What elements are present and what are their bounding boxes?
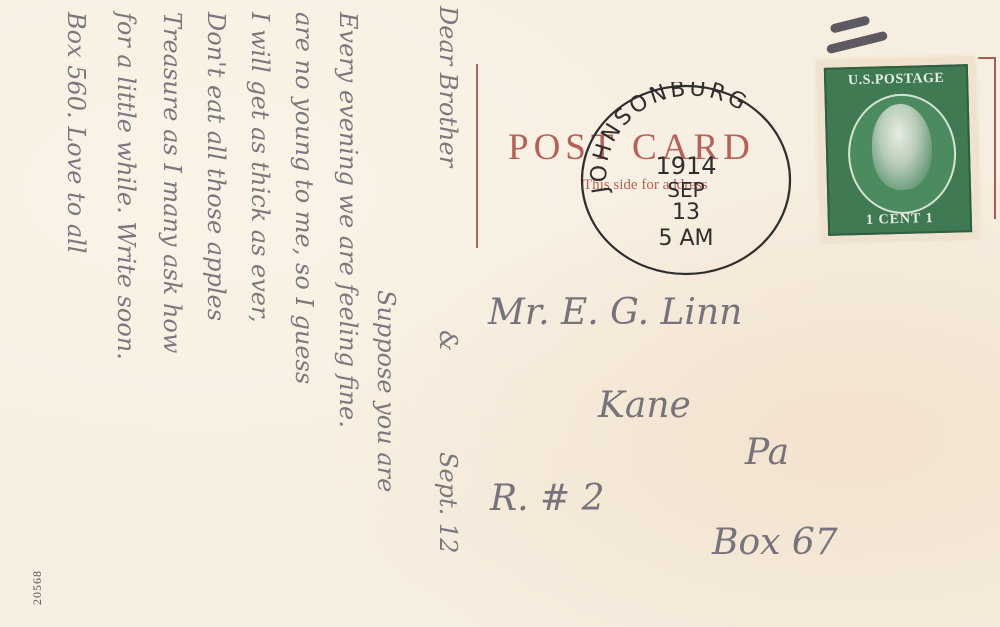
message-line: for a little while. Write soon. — [112, 12, 140, 360]
postmark-day: 13 — [578, 200, 794, 225]
postmark-year: 1914 — [578, 152, 794, 180]
stamp-top-text: U.S.POSTAGE — [826, 70, 966, 90]
address-box: Box 67 — [712, 522, 838, 563]
center-divider — [476, 64, 478, 248]
message-line: Box 560. Love to all — [62, 12, 90, 253]
message-line: Suppose you are — [372, 290, 400, 492]
message-line: Every evening we are feeling fine. — [334, 12, 362, 428]
postmark-time: 5 AM — [578, 226, 794, 251]
address-route: R. # 2 — [490, 478, 605, 519]
message-line: Don't eat all those apples — [202, 12, 230, 321]
message-line: Treasure as I many ask how — [158, 12, 186, 353]
postcard-back: POST CARD This side for address ge e d U… — [0, 0, 1000, 627]
postmark: JOHNSONBURG 1914 SEP 13 5 AM — [578, 82, 794, 278]
message-greeting: Dear Brother — [434, 6, 462, 167]
cancel-bar-icon — [826, 31, 888, 55]
serial-number: 20568 — [30, 570, 45, 605]
address-name: Mr. E. G. Linn — [488, 292, 742, 333]
message-dateline-prefix: & — [434, 330, 462, 351]
postage-stamp: U.S.POSTAGE 1 CENT 1 — [816, 56, 981, 244]
message-line: I will get as thick as ever, — [246, 12, 274, 322]
stamp-face: U.S.POSTAGE 1 CENT 1 — [824, 64, 972, 236]
postmark-month: SEP — [578, 178, 794, 202]
message-date: Sept. 12 — [434, 452, 462, 553]
stamp-denomination: 1 CENT 1 — [830, 210, 970, 230]
cancel-bar-icon — [830, 15, 871, 33]
address-state: Pa — [745, 432, 789, 473]
address-city: Kane — [598, 385, 691, 426]
message-line: are no young to me, so I guess — [290, 12, 318, 384]
